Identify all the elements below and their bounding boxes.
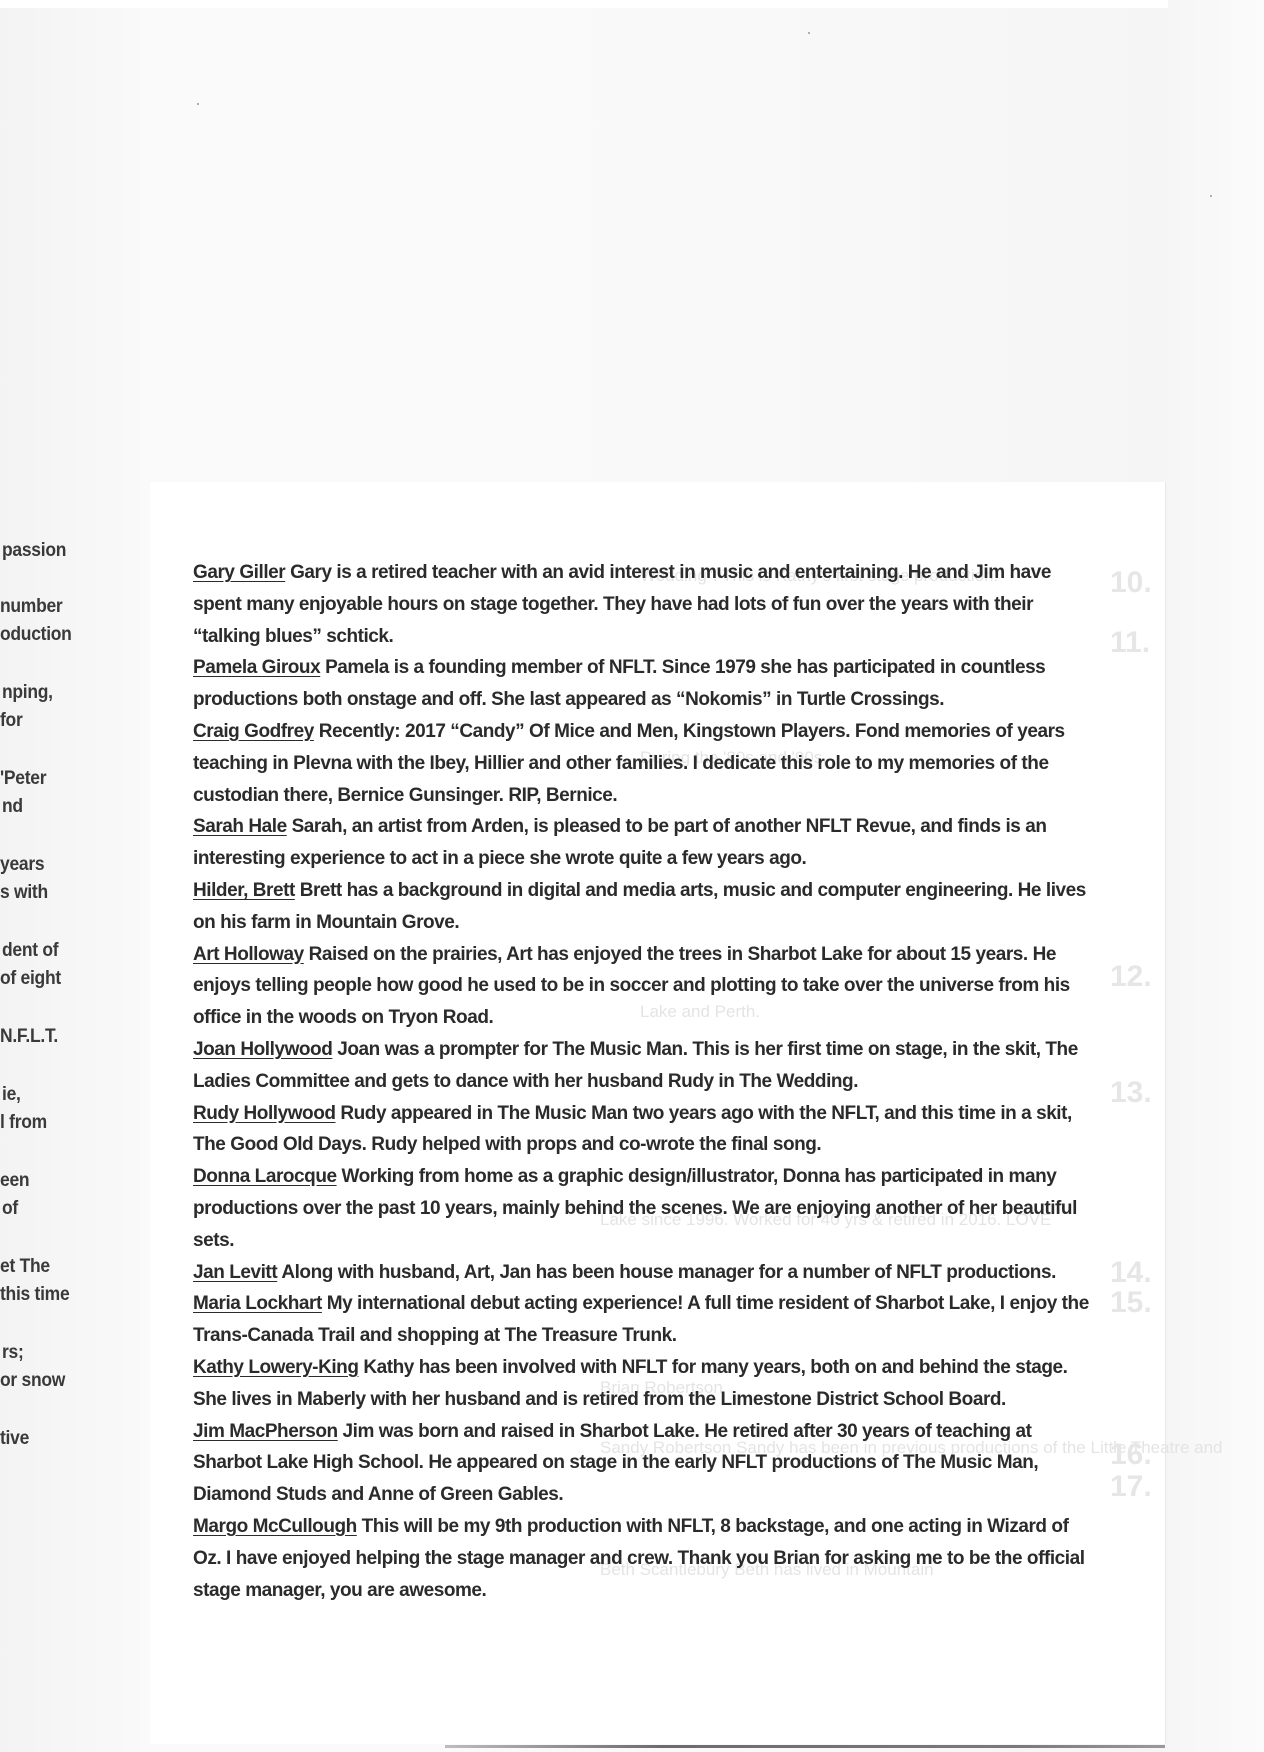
- bio-name: Donna Larocque: [193, 1166, 337, 1187]
- bio-text: Recently: 2017 “Candy” Of Mice and Men, …: [193, 721, 1065, 806]
- bio-name: Jan Levitt: [193, 1262, 277, 1283]
- bio-name: Kathy Lowery-King: [193, 1357, 358, 1378]
- paper-bottom-edge: [445, 1745, 1165, 1748]
- scan-right-margin: [1168, 0, 1264, 1752]
- show-through-number: 16.: [1110, 1438, 1152, 1472]
- bio-text: Raised on the prairies, Art has enjoyed …: [193, 944, 1070, 1029]
- cast-bios: Gary Giller Gary is a retired teacher wi…: [193, 557, 1093, 1606]
- bio-name: Joan Hollywood: [193, 1039, 332, 1060]
- bio-text: Pamela is a founding member of NFLT. Sin…: [193, 657, 1045, 710]
- bio-text: Along with husband, Art, Jan has been ho…: [281, 1262, 1056, 1283]
- bio-entry: Jim MacPherson Jim was born and raised i…: [193, 1416, 1093, 1511]
- underlying-fragment: dent of: [2, 940, 131, 962]
- scan-top-edge: [0, 0, 1264, 8]
- underlying-fragment: this time: [0, 1284, 129, 1306]
- underlying-fragment: for: [0, 710, 129, 732]
- underlying-fragment: 'Peter: [0, 768, 129, 790]
- bio-name: Craig Godfrey: [193, 721, 314, 742]
- show-through-number: 12.: [1110, 960, 1152, 994]
- bio-entry: Jan Levitt Along with husband, Art, Jan …: [193, 1257, 1093, 1289]
- bio-text: My international debut acting experience…: [193, 1293, 1089, 1346]
- underlying-fragment: or snow: [0, 1370, 129, 1392]
- scan-speck: [1210, 195, 1212, 197]
- underlying-fragment: et The: [0, 1256, 129, 1278]
- show-through-number: 10.: [1110, 566, 1152, 600]
- bio-text: Brett has a background in digital and me…: [193, 880, 1086, 933]
- underlying-fragment: rs;: [2, 1342, 131, 1364]
- underlying-fragment: of: [2, 1198, 131, 1220]
- underlying-fragment: of eight: [0, 968, 129, 990]
- bio-entry: Donna Larocque Working from home as a gr…: [193, 1161, 1093, 1256]
- underlying-fragment: l from: [0, 1112, 129, 1134]
- bio-entry: Pamela Giroux Pamela is a founding membe…: [193, 652, 1093, 716]
- bio-name: Pamela Giroux: [193, 657, 320, 678]
- bio-entry: Maria Lockhart My international debut ac…: [193, 1288, 1093, 1352]
- show-through-number: 14.: [1110, 1256, 1152, 1290]
- show-through-number: 17.: [1110, 1470, 1152, 1504]
- underlying-fragment: nd: [2, 796, 131, 818]
- underlying-fragment: een: [0, 1170, 129, 1192]
- bio-name: Sarah Hale: [193, 816, 287, 837]
- bio-text: Sarah, an artist from Arden, is pleased …: [193, 816, 1047, 869]
- bio-name: Margo McCullough: [193, 1516, 357, 1537]
- show-through-number: 11.: [1110, 626, 1150, 660]
- bio-name: Art Holloway: [193, 944, 304, 965]
- underlying-fragment: ie,: [2, 1084, 131, 1106]
- bio-entry: Kathy Lowery-King Kathy has been involve…: [193, 1352, 1093, 1416]
- scan-speck: [808, 32, 810, 34]
- bio-name: Rudy Hollywood: [193, 1103, 336, 1124]
- bio-entry: Joan Hollywood Joan was a prompter for T…: [193, 1034, 1093, 1098]
- show-through-number: 15.: [1110, 1286, 1152, 1320]
- underlying-fragment: N.F.L.T.: [0, 1026, 129, 1048]
- bio-name: Maria Lockhart: [193, 1293, 322, 1314]
- underlying-fragment: tive: [0, 1428, 129, 1450]
- underlying-fragment: years: [0, 854, 129, 876]
- bio-entry: Craig Godfrey Recently: 2017 “Candy” Of …: [193, 716, 1093, 811]
- bio-entry: Art Holloway Raised on the prairies, Art…: [193, 939, 1093, 1034]
- bio-name: Hilder, Brett: [193, 880, 295, 901]
- bio-entry: Hilder, Brett Brett has a background in …: [193, 875, 1093, 939]
- bio-text: Gary is a retired teacher with an avid i…: [193, 562, 1051, 647]
- underlying-fragment: s with: [0, 882, 129, 904]
- scan-speck: [197, 103, 199, 105]
- underlying-page-fragments: passionnumberoductionnping,for'Peterndye…: [0, 0, 140, 1752]
- underlying-fragment: number: [0, 596, 129, 618]
- bio-entry: Rudy Hollywood Rudy appeared in The Musi…: [193, 1098, 1093, 1162]
- bio-entry: Sarah Hale Sarah, an artist from Arden, …: [193, 811, 1093, 875]
- bio-entry: Margo McCullough This will be my 9th pro…: [193, 1511, 1093, 1606]
- underlying-fragment: oduction: [0, 624, 129, 646]
- show-through-number: 13.: [1110, 1076, 1152, 1110]
- bio-name: Gary Giller: [193, 562, 285, 583]
- underlying-fragment: passion: [2, 540, 131, 562]
- bio-entry: Gary Giller Gary is a retired teacher wi…: [193, 557, 1093, 652]
- underlying-fragment: nping,: [2, 682, 131, 704]
- bio-name: Jim MacPherson: [193, 1421, 338, 1442]
